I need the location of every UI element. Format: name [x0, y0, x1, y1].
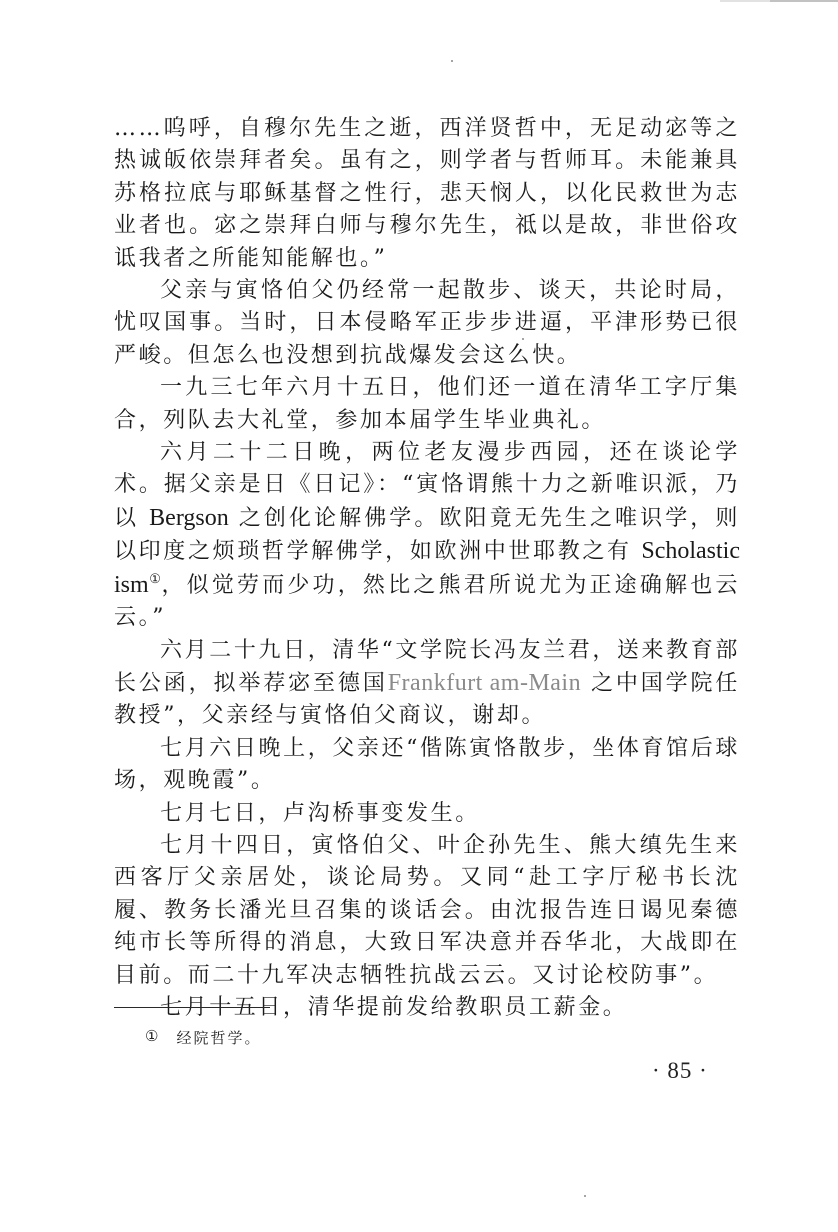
paragraph: 父亲与寅恪伯父仍经常一起散步、谈天，共论时局，忧叹国事。当时，日本侵略军正步步进…	[114, 275, 740, 372]
paragraph-text: 七月十四日，寅恪伯父、叶企孙先生、熊大缜先生来西客厅父亲居处，谈论局势。又同“赴…	[114, 833, 740, 988]
footnote-reference: ①	[149, 572, 162, 587]
scan-speck	[451, 60, 453, 62]
paragraph: 一九三七年六月十五日，他们还一道在清华工字厅集合，列队去大礼堂，参加本届学生毕业…	[114, 372, 740, 437]
paragraph: 七月十五日，清华提前发给教职员工薪金。	[114, 992, 740, 1024]
paragraph-text: ，似觉劳而少功，然比之熊君所说尤为正途确解也云云。”	[114, 573, 740, 630]
footnote-divider	[114, 1007, 270, 1008]
scan-edge	[720, 0, 770, 2]
paragraph: ……呜呼，自穆尔先生之逝，西洋贤哲中，无足动宓等之热诚皈依崇拜者矣。虽有之，则学…	[114, 113, 740, 275]
scan-edge	[770, 0, 838, 2]
paragraph: 七月七日，卢沟桥事变发生。	[114, 798, 740, 830]
latin-term: Frankfurt am-Main	[388, 670, 581, 696]
scan-speck	[584, 1195, 586, 1197]
paragraph: 七月十四日，寅恪伯父、叶企孙先生、熊大缜先生来西客厅父亲居处，谈论局势。又同“赴…	[114, 830, 740, 992]
footnote: ① 经院哲学。	[145, 1027, 261, 1048]
body-text: ……呜呼，自穆尔先生之逝，西洋贤哲中，无足动宓等之热诚皈依崇拜者矣。虽有之，则学…	[114, 113, 740, 1024]
scan-speck	[522, 338, 524, 340]
footnote-marker: ①	[145, 1027, 160, 1048]
paragraph-text: 父亲与寅恪伯父仍经常一起散步、谈天，共论时局，忧叹国事。当时，日本侵略军正步步进…	[114, 278, 740, 368]
footnote-text: 经院哲学。	[176, 1027, 261, 1048]
paragraph-text: 一九三七年六月十五日，他们还一道在清华工字厅集合，列队去大礼堂，参加本届学生毕业…	[114, 375, 740, 432]
paragraph: 六月二十二日晚，两位老友漫步西园，还在谈论学术。据父亲是日《日记》：“寅恪谓熊十…	[114, 437, 740, 634]
latin-term: Bergson	[149, 505, 229, 531]
paragraph-text: 七月六日晚上，父亲还“偕陈寅恪散步，坐体育馆后球场，观晚霞”。	[114, 736, 740, 793]
page-number: · 85 ·	[652, 1058, 708, 1084]
paragraph: 六月二十九日，清华“文学院长冯友兰君，送来教育部长公函，拟举荐宓至德国Frank…	[114, 635, 740, 733]
paragraph-text: 七月七日，卢沟桥事变发生。	[160, 801, 480, 826]
paragraph: 七月六日晚上，父亲还“偕陈寅恪散步，坐体育馆后球场，观晚霞”。	[114, 733, 740, 798]
paragraph-text: ……呜呼，自穆尔先生之逝，西洋贤哲中，无足动宓等之热诚皈依崇拜者矣。虽有之，则学…	[114, 116, 740, 271]
